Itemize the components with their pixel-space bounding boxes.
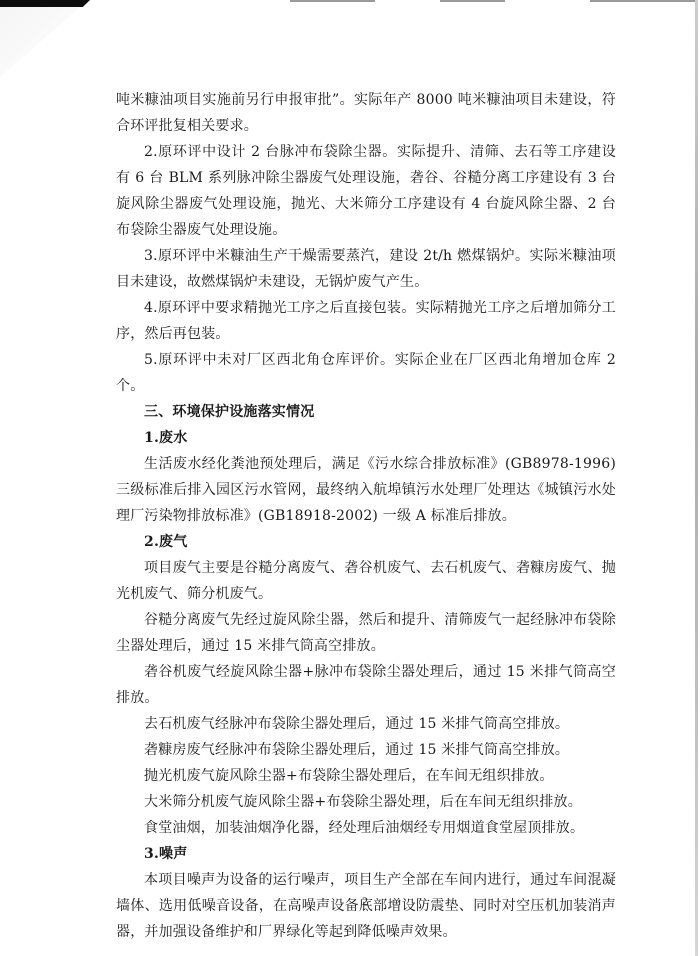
section-heading-environmental-measures: 三、环境保护设施落实情况 (116, 399, 616, 425)
subheading-waste-gas: 2.废气 (116, 529, 616, 555)
scan-artifact-top-mark (290, 0, 375, 2)
paragraph-gas-polisher: 抛光机废气旋风除尘器+布袋除尘器处理后，在车间无组织排放。 (116, 763, 616, 789)
scan-artifact-top-mark (440, 0, 505, 2)
paragraph-gas-husk-room: 砻糠房废气经脉冲布袋除尘器处理后，通过 15 米排气筒高空排放。 (116, 737, 616, 763)
page-number: 2 (362, 894, 368, 909)
paragraph-gas-sources: 项目废气主要是谷糙分离废气、砻谷机废气、去石机废气、砻糠房废气、抛光机废气、筛分… (116, 555, 616, 607)
paragraph-item-3: 3.原环评中米糠油生产干燥需要蒸汽，建设 2t/h 燃煤锅炉。实际米糠油项目未建… (116, 243, 616, 295)
paragraph-gas-separation: 谷糙分离废气先经过旋风除尘器，然后和提升、清筛废气一起经脉冲布袋除尘器处理后，通… (116, 607, 616, 659)
paragraph-gas-sifter: 大米筛分机废气旋风除尘器+布袋除尘器处理，后在车间无组织排放。 (116, 789, 616, 815)
paragraph-wastewater: 生活废水经化粪池预处理后，满足《污水综合排放标准》(GB8978-1996)三级… (116, 451, 616, 529)
scan-artifact-shadow (0, 7, 80, 77)
scan-artifact-corner (0, 0, 90, 7)
paragraph-continuation: 吨米糠油项目实施前另行申报审批”。实际年产 8000 吨米糠油项目未建设，符合环… (116, 87, 616, 139)
paragraph-gas-husker: 砻谷机废气经旋风除尘器+脉冲布袋除尘器处理后，通过 15 米排气筒高空排放。 (116, 659, 616, 711)
subheading-noise: 3.噪声 (116, 841, 616, 867)
paragraph-item-2: 2.原环评中设计 2 台脉冲布袋除尘器。实际提升、清筛、去石等工序建设有 6 台… (116, 139, 616, 243)
scan-artifact-top-mark (590, 0, 695, 2)
subheading-wastewater: 1.废水 (116, 425, 616, 451)
paragraph-item-4: 4.原环评中要求精抛光工序之后直接包装。实际精抛光工序之后增加筛分工序，然后再包… (116, 295, 616, 347)
paragraph-gas-destoner: 去石机废气经脉冲布袋除尘器处理后，通过 15 米排气筒高空排放。 (116, 711, 616, 737)
document-page: 吨米糠油项目实施前另行申报审批”。实际年产 8000 吨米糠油项目未建设，符合环… (116, 87, 616, 945)
paragraph-gas-canteen: 食堂油烟，加装油烟净化器，经处理后油烟经专用烟道食堂屋顶排放。 (116, 815, 616, 841)
scan-artifact-right-edge (695, 0, 698, 956)
paragraph-item-5: 5.原环评中未对厂区西北角仓库评价。实际企业在厂区西北角增加仓库 2 个。 (116, 347, 616, 399)
